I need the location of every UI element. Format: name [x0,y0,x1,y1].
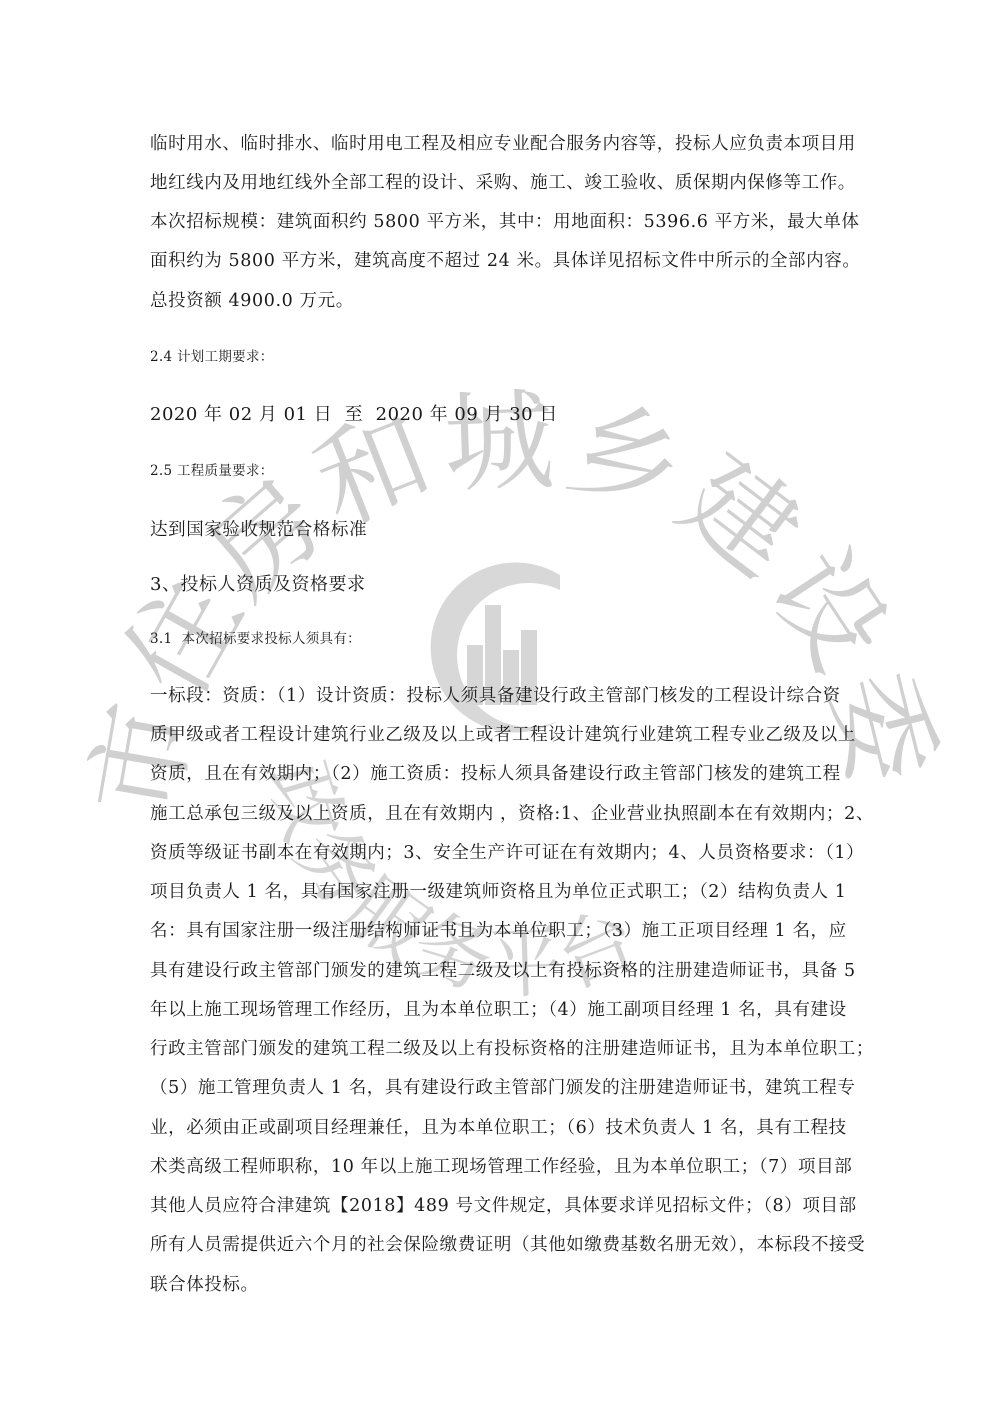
section-heading-2-4: 2.4 计划工期要求： [150,345,274,365]
emblem-ring-icon [431,563,560,733]
quality-value: 达到国家验收规范合格标准 [150,516,367,541]
paragraph-line: 本次招标规模：建筑面积约 5800 平方米，其中：用地面积：5396.6 平方米… [150,208,859,233]
paragraph-line: 面积约为 5800 平方米，建筑高度不超过 24 米。具体详见招标文件中所示的全… [150,247,860,272]
paragraph-line: 具有建设行政主管部门颁发的建筑工程二级及以上有投标资格的注册建造师证书，具备 5 [150,957,856,982]
paragraph-line: 名：具有国家注册一级注册结构师证书且为本单位职工；（3）施工正项目经理 1 名，… [150,917,847,942]
paragraph-line: 联合体投标。 [150,1271,259,1296]
paragraph-line: （5）施工管理负责人 1 名，具有建设行政主管部门颁发的注册建造师证书，建筑工程… [150,1074,856,1099]
paragraph-line: 行政主管部门颁发的建筑工程二级及以上有投标资格的注册建造师证书，且为本单位职工； [150,1035,874,1060]
schedule-value: 2020 年 02 月 01 日 至 2020 年 09 月 30 日 [150,400,558,426]
section-heading-3-1: 3.1 本次招标要求投标人须具有： [150,627,361,647]
section-heading-2-5: 2.5 工程质量要求： [150,459,274,479]
paragraph-line: 所有人员需提供近六个月的社会保险缴费证明（其他如缴费基数名册无效），本标段不接受 [150,1231,865,1256]
paragraph-line: 一标段：资质：（1）设计资质：投标人须具备建设行政主管部门核发的工程设计综合资 [150,682,841,707]
paragraph-line: 业，必须由正或副项目经理兼任，且为本单位职工；（6）技术负责人 1 名，具有工程… [150,1114,847,1139]
paragraph-line: 地红线内及用地红线外全部工程的设计、采购、施工、竣工验收、质保期内保修等工作。 [150,169,856,194]
paragraph-line: 施工总承包三级及以上资质，且在有效期内 ，资格:1、企业营业执照副本在有效期内；… [150,800,874,825]
paragraph-line: 质甲级或者工程设计建筑行业乙级及以上或者工程设计建筑行业建筑工程专业乙级及以上 [150,721,856,746]
paragraph-line: 总投资额 4900.0 万元。 [150,287,354,312]
paragraph-line: 项目负责人 1 名，具有国家注册一级建筑师资格且为单位正式职工；（2）结构负责人… [150,878,847,903]
paragraph-line: 临时用水、临时排水、临时用电工程及相应专业配合服务内容等，投标人应负责本项目用 [150,130,856,155]
paragraph-line: 资质，且在有效期内；（2）施工资质：投标人须具备建设行政主管部门核发的建筑工程 [150,760,841,785]
paragraph-line: 术类高级工程师职称，10 年以上施工现场管理工作经验，且为本单位职工；（7）项目… [150,1153,852,1178]
paragraph-line: 年以上施工现场管理工作经历，且为本单位职工；（4）施工副项目经理 1 名，具有建… [150,996,847,1021]
paragraph-line: 其他人员应符合津建筑【2018】489 号文件规定，具体要求详见招标文件；（8）… [150,1192,857,1217]
paragraph-line: 资质等级证书副本在有效期内；3、安全生产许可证在有效期内；4、人员资格要求：（1… [150,839,864,864]
section-heading-3: 3、投标人资质及资格要求 [150,570,365,596]
